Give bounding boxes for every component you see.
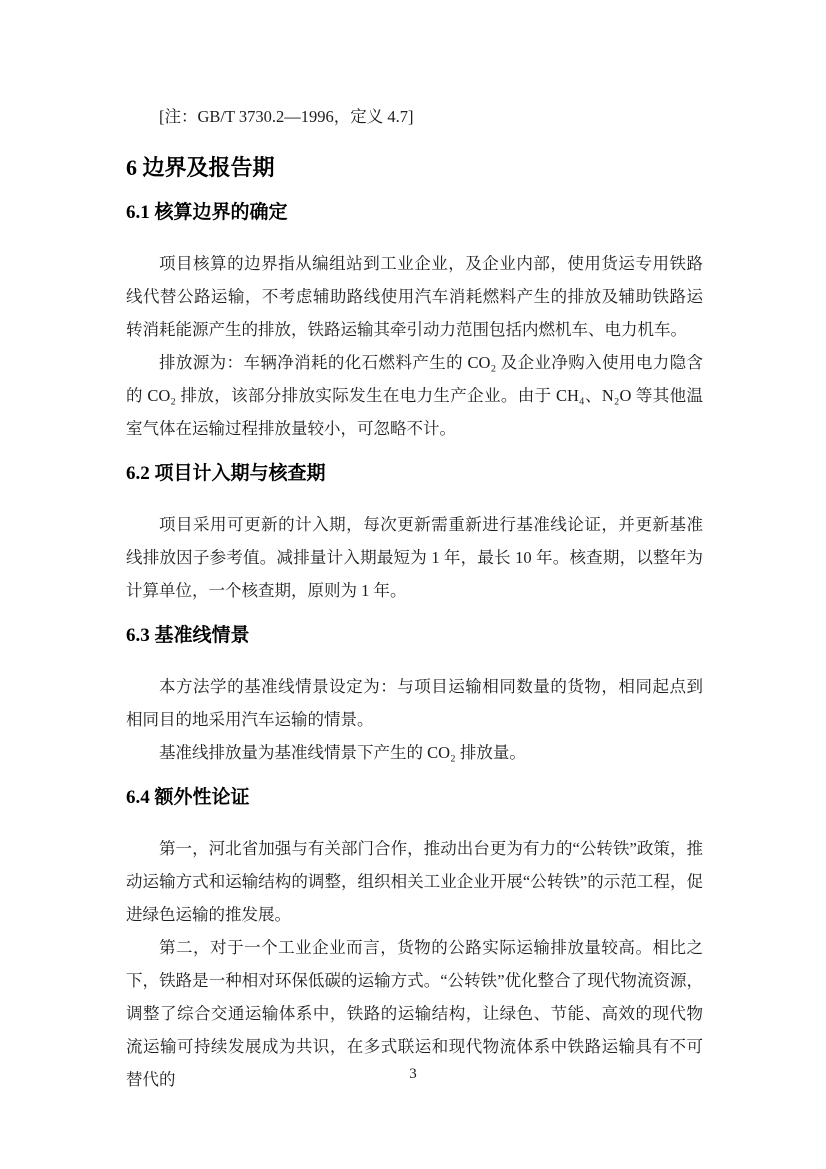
section-6-1-paragraph-2: 排放源为：车辆净消耗的化石燃料产生的 CO₂ 及企业净购入使用电力隐含的 CO₂…: [126, 346, 703, 445]
section-6-4-paragraph-1: 第一，河北省加强与有关部门合作，推动出台更为有力的“公转铁”政策，推动运输方式和…: [126, 832, 703, 931]
section-6-2-paragraph-1: 项目采用可更新的计入期，每次更新需重新进行基准线论证，并更新基准线排放因子参考值…: [126, 508, 703, 607]
section-6-3-paragraph-1: 本方法学的基准线情景设定为：与项目运输相同数量的货物，相同起点到相同目的地采用汽…: [126, 670, 703, 736]
section-6-1-heading: 6.1 核算边界的确定: [126, 196, 703, 229]
section-6-2-heading: 6.2 项目计入期与核查期: [126, 457, 703, 490]
document-page: [注：GB/T 3730.2—1996，定义 4.7] 6 边界及报告期 6.1…: [0, 0, 826, 1169]
document-content: [注：GB/T 3730.2—1996，定义 4.7] 6 边界及报告期 6.1…: [126, 0, 703, 1096]
standard-reference-note: [注：GB/T 3730.2—1996，定义 4.7]: [126, 100, 703, 133]
section-6-1-paragraph-1: 项目核算的边界指从编组站到工业企业，及企业内部，使用货运专用铁路线代替公路运输，…: [126, 247, 703, 346]
section-6-3-paragraph-2: 基准线排放量为基准线情景下产生的 CO₂ 排放量。: [126, 736, 703, 769]
section-6-4-heading: 6.4 额外性论证: [126, 781, 703, 814]
page-number: 3: [0, 1064, 826, 1084]
section-6-heading: 6 边界及报告期: [126, 151, 703, 184]
section-6-3-heading: 6.3 基准线情景: [126, 619, 703, 652]
